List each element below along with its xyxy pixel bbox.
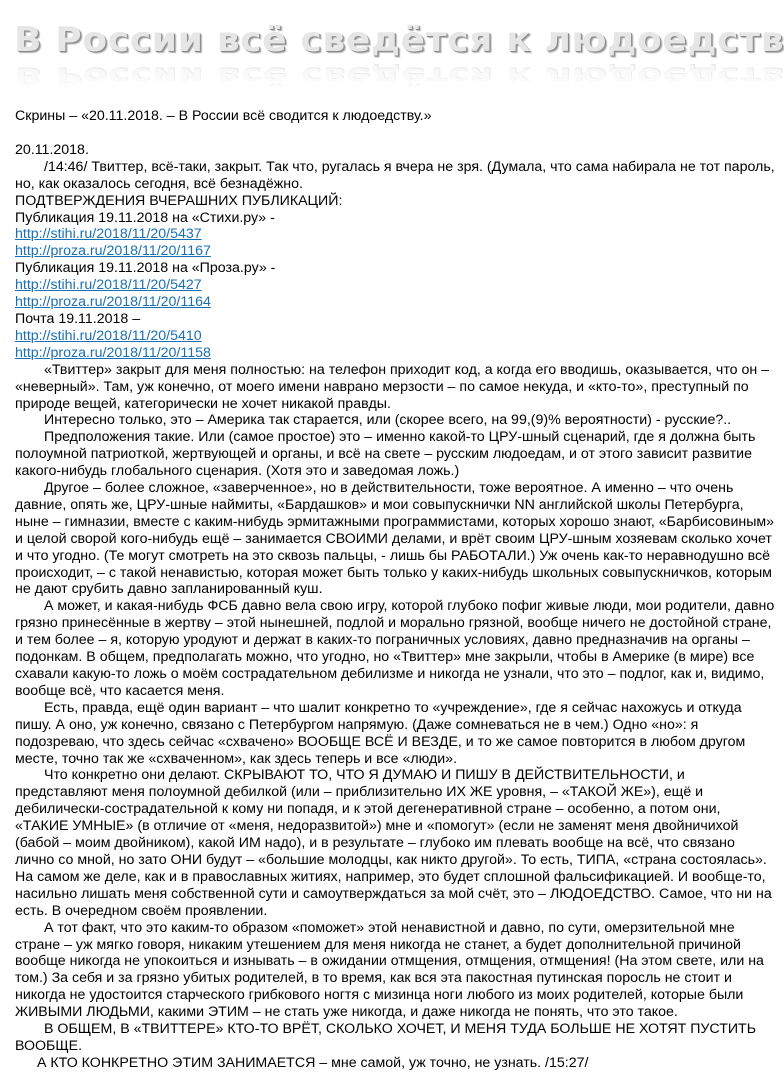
- spacer: [15, 125, 777, 142]
- paragraph: Другое – более сложное, «заверченное», н…: [15, 480, 777, 598]
- caption: Скрины – «20.11.2018. – В России всё сво…: [15, 108, 777, 125]
- paragraph: В ОБЩЕМ, В «ТВИТТЕРЕ» КТО-ТО ВРЁТ, СКОЛЬ…: [15, 1021, 777, 1055]
- document-body: Скрины – «20.11.2018. – В России всё сво…: [15, 108, 777, 1072]
- confirm-heading: ПОДТВЕРЖДЕНИЯ ВЧЕРАШНИХ ПУБЛИКАЦИЙ:: [15, 193, 777, 210]
- paragraph: А может, и какая-нибудь ФСБ давно вела с…: [15, 598, 777, 699]
- banner-title-reflection: В России всё сведётся к людоедству: [14, 62, 784, 90]
- publication-label: Почта 19.11.2018 –: [15, 311, 777, 328]
- closing-paragraph: А КТО КОНКРЕТНО ЭТИМ ЗАНИМАЕТСЯ – мне са…: [15, 1055, 777, 1072]
- publication-link[interactable]: http://stihi.ru/2018/11/20/5410: [15, 328, 202, 345]
- publication-label: Публикация 19.11.2018 на «Проза.ру» -: [15, 260, 777, 277]
- publication-link[interactable]: http://proza.ru/2018/11/20/1164: [15, 294, 211, 311]
- publication-link[interactable]: http://proza.ru/2018/11/20/1158: [15, 345, 211, 362]
- publication-link[interactable]: http://stihi.ru/2018/11/20/5437: [15, 226, 202, 243]
- publication-link[interactable]: http://proza.ru/2018/11/20/1167: [15, 243, 211, 260]
- paragraph: Интересно только, это – Америка так стар…: [15, 412, 777, 429]
- entry-date: 20.11.2018.: [15, 142, 777, 159]
- intro-paragraph: /14:46/ Твиттер, всё-таки, закрыт. Так ч…: [15, 159, 777, 193]
- paragraph: «Твиттер» закрыт для меня полностью: на …: [15, 362, 777, 413]
- paragraph: Предположения такие. Или (самое простое)…: [15, 429, 777, 480]
- paragraph: А тот факт, что это каким-то образом «по…: [15, 920, 777, 1021]
- banner-title: В России всё сведётся к людоедству: [14, 20, 784, 60]
- publication-label: Публикация 19.11.2018 на «Стихи.ру» -: [15, 210, 777, 227]
- publication-link[interactable]: http://stihi.ru/2018/11/20/5427: [15, 277, 202, 294]
- title-banner: В России всё сведётся к людоедству В Рос…: [0, 0, 784, 95]
- paragraph: Есть, правда, ещё один вариант – что шал…: [15, 700, 777, 768]
- paragraph: Что конкретно они делают. СКРЫВАЮТ ТО, Ч…: [15, 767, 777, 919]
